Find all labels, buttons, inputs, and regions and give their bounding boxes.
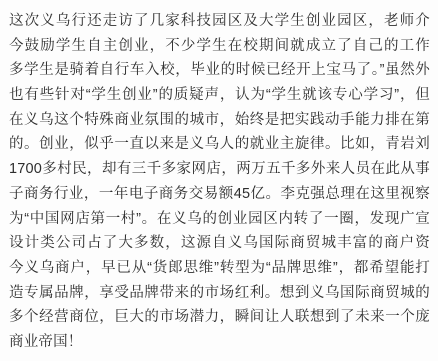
text-line: 这次义乌行还走访了几家科技园区及大学生创业园区，老师介绍“如 — [9, 9, 430, 34]
text-line: 也有些针对“学生创业”的质疑声，认为“学生就该专心学习”，但 — [9, 83, 430, 108]
text-line: 多个经营商位，巨大的市场潜力，瞬间让人联想到了未来一个庞大的 — [9, 305, 430, 330]
text-line: 今义乌商户，早已从“货郎思维”转型为“品牌思维”，都希望能打 — [9, 256, 430, 281]
article-page: 这次义乌行还走访了几家科技园区及大学生创业园区，老师介绍“如 今鼓励学生自主创业… — [0, 0, 438, 361]
text-line: 造专属品牌，享受品牌带来的市场红利。想到义乌国际商贸城的七万 — [9, 281, 430, 306]
text-line: 1700多村民，却有三千多家网店，两万五千多外来人员在此从事电 — [9, 157, 430, 182]
text-line: 多学生是骑着自行车入校，毕业的时候已经开上宝马了。”虽然外界 — [9, 58, 430, 83]
article-paragraph: 这次义乌行还走访了几家科技园区及大学生创业园区，老师介绍“如 今鼓励学生自主创业… — [9, 9, 430, 355]
text-line: 为“中国网店第一村”。在义乌的创业园区内转了一圈，发现广宣和 — [9, 207, 430, 232]
text-line: 子商务行业，一年电子商务交易额45亿。李克强总理在这里视察称之 — [9, 182, 430, 207]
text-line: 商业帝国！ — [9, 330, 430, 355]
text-line: 的。创业，似乎一直以来是义乌人的就业主旋律。比如，青岩刘村仅 — [9, 132, 430, 157]
text-line: 在义乌这个特殊商业氛围的城市，始终是把实践动手能力排在第一位 — [9, 108, 430, 133]
text-line: 今鼓励学生自主创业，不少学生在校期间就成立了自己的工作室，很 — [9, 34, 430, 59]
text-line: 设计类公司占了大多数，这源自义乌国际商贸城丰富的商户资源。如 — [9, 231, 430, 256]
